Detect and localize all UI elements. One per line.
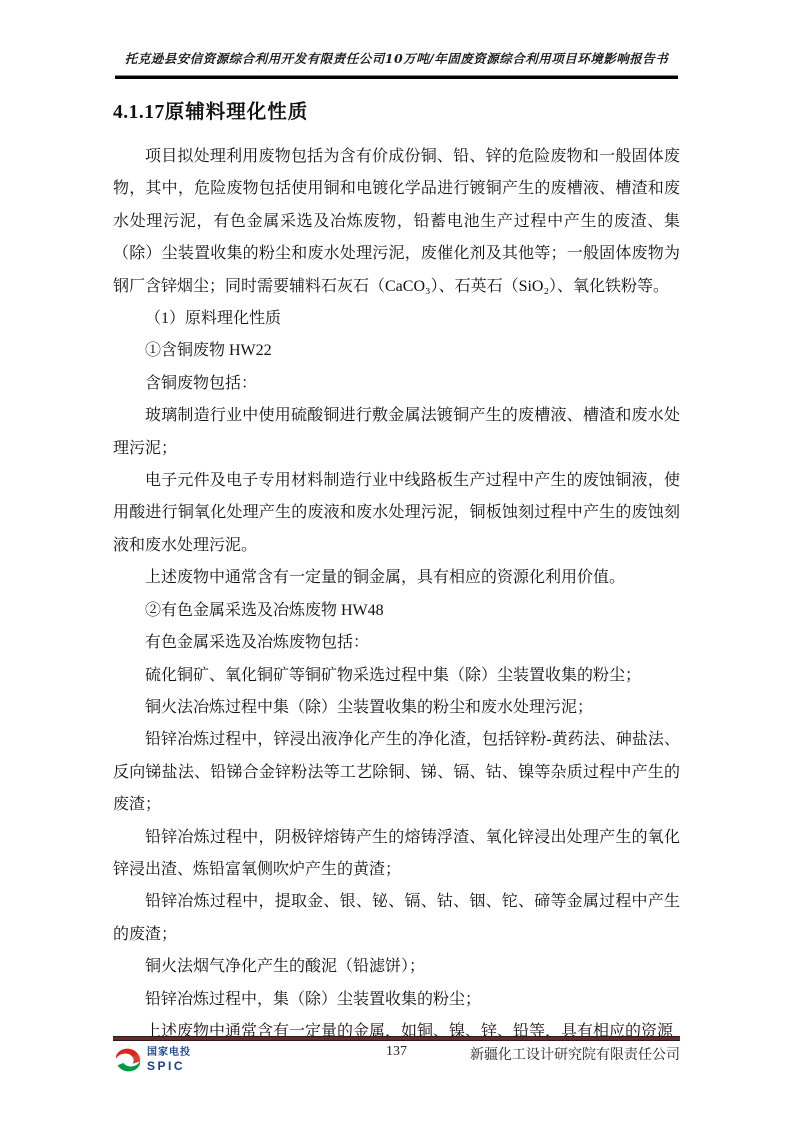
section-heading: 4.1.17原辅料理化性质 bbox=[113, 97, 680, 128]
section-heading-number: 4.1.17 bbox=[113, 102, 165, 123]
document-page: 托克逊县安信资源综合利用开发有限责任公司10万吨/年固废资源综合利用项目环境影响… bbox=[0, 0, 793, 1122]
body-paragraph: 上述废物中通常含有一定量的铜金属，具有相应的资源化利用价值。 bbox=[113, 562, 680, 594]
header-divider bbox=[115, 75, 678, 79]
body-paragraph: 含铜废物包括： bbox=[113, 368, 680, 400]
body-paragraph: ②有色金属采选及冶炼废物 HW48 bbox=[113, 595, 680, 627]
body-paragraph: 硫化铜矿、氧化铜矿等铜矿物采选过程中集（除）尘装置收集的粉尘； bbox=[113, 660, 680, 692]
section-heading-text: 原辅料理化性质 bbox=[165, 101, 309, 123]
body-paragraph: 铅锌冶炼过程中，阴极锌熔铸产生的熔铸浮渣、氧化锌浸出处理产生的氧化锌浸出渣、炼铅… bbox=[113, 822, 680, 887]
footer-divider bbox=[113, 1036, 680, 1041]
body-paragraph: 铅锌冶炼过程中，提取金、银、铋、镉、钴、铟、铊、碲等金属过程中产生的废渣； bbox=[113, 886, 680, 951]
body-paragraph: 项目拟处理利用废物包括为含有价成份铜、铅、锌的危险废物和一般固体废物，其中，危险… bbox=[113, 141, 680, 303]
body-paragraph: 玻璃制造行业中使用硫酸铜进行敷金属法镀铜产生的废槽液、槽渣和废水处理污泥； bbox=[113, 400, 680, 465]
body-paragraph: 铜火法烟气净化产生的酸泥（铅滤饼）； bbox=[113, 951, 680, 983]
spic-logo-en: SPIC bbox=[147, 1060, 191, 1072]
body-paragraph: ①含铜废物 HW22 bbox=[113, 335, 680, 367]
document-body: 4.1.17原辅料理化性质 项目拟处理利用废物包括为含有价成份铜、铅、锌的危险废… bbox=[113, 97, 680, 1048]
body-paragraph: （1）原料理化性质 bbox=[113, 303, 680, 335]
body-paragraph: 电子元件及电子专用材料制造行业中线路板生产过程中产生的废蚀铜液，使用酸进行铜氧化… bbox=[113, 465, 680, 562]
body-paragraph: 有色金属采选及冶炼废物包括： bbox=[113, 627, 680, 659]
body-paragraph: 铅锌冶炼过程中，集（除）尘装置收集的粉尘； bbox=[113, 984, 680, 1016]
body-paragraph: 铅锌冶炼过程中，锌浸出液净化产生的净化渣，包括锌粉-黄药法、砷盐法、反向锑盐法、… bbox=[113, 724, 680, 821]
footer-company-name: 新疆化工设计研究院有限责任公司 bbox=[470, 1044, 680, 1064]
paragraph-list: 项目拟处理利用废物包括为含有价成份铜、铅、锌的危险废物和一般固体废物，其中，危险… bbox=[113, 141, 680, 1048]
body-paragraph: 铜火法冶炼过程中集（除）尘装置收集的粉尘和废水处理污泥； bbox=[113, 692, 680, 724]
page-header-title: 托克逊县安信资源综合利用开发有限责任公司10万吨/年固废资源综合利用项目环境影响… bbox=[90, 49, 703, 67]
